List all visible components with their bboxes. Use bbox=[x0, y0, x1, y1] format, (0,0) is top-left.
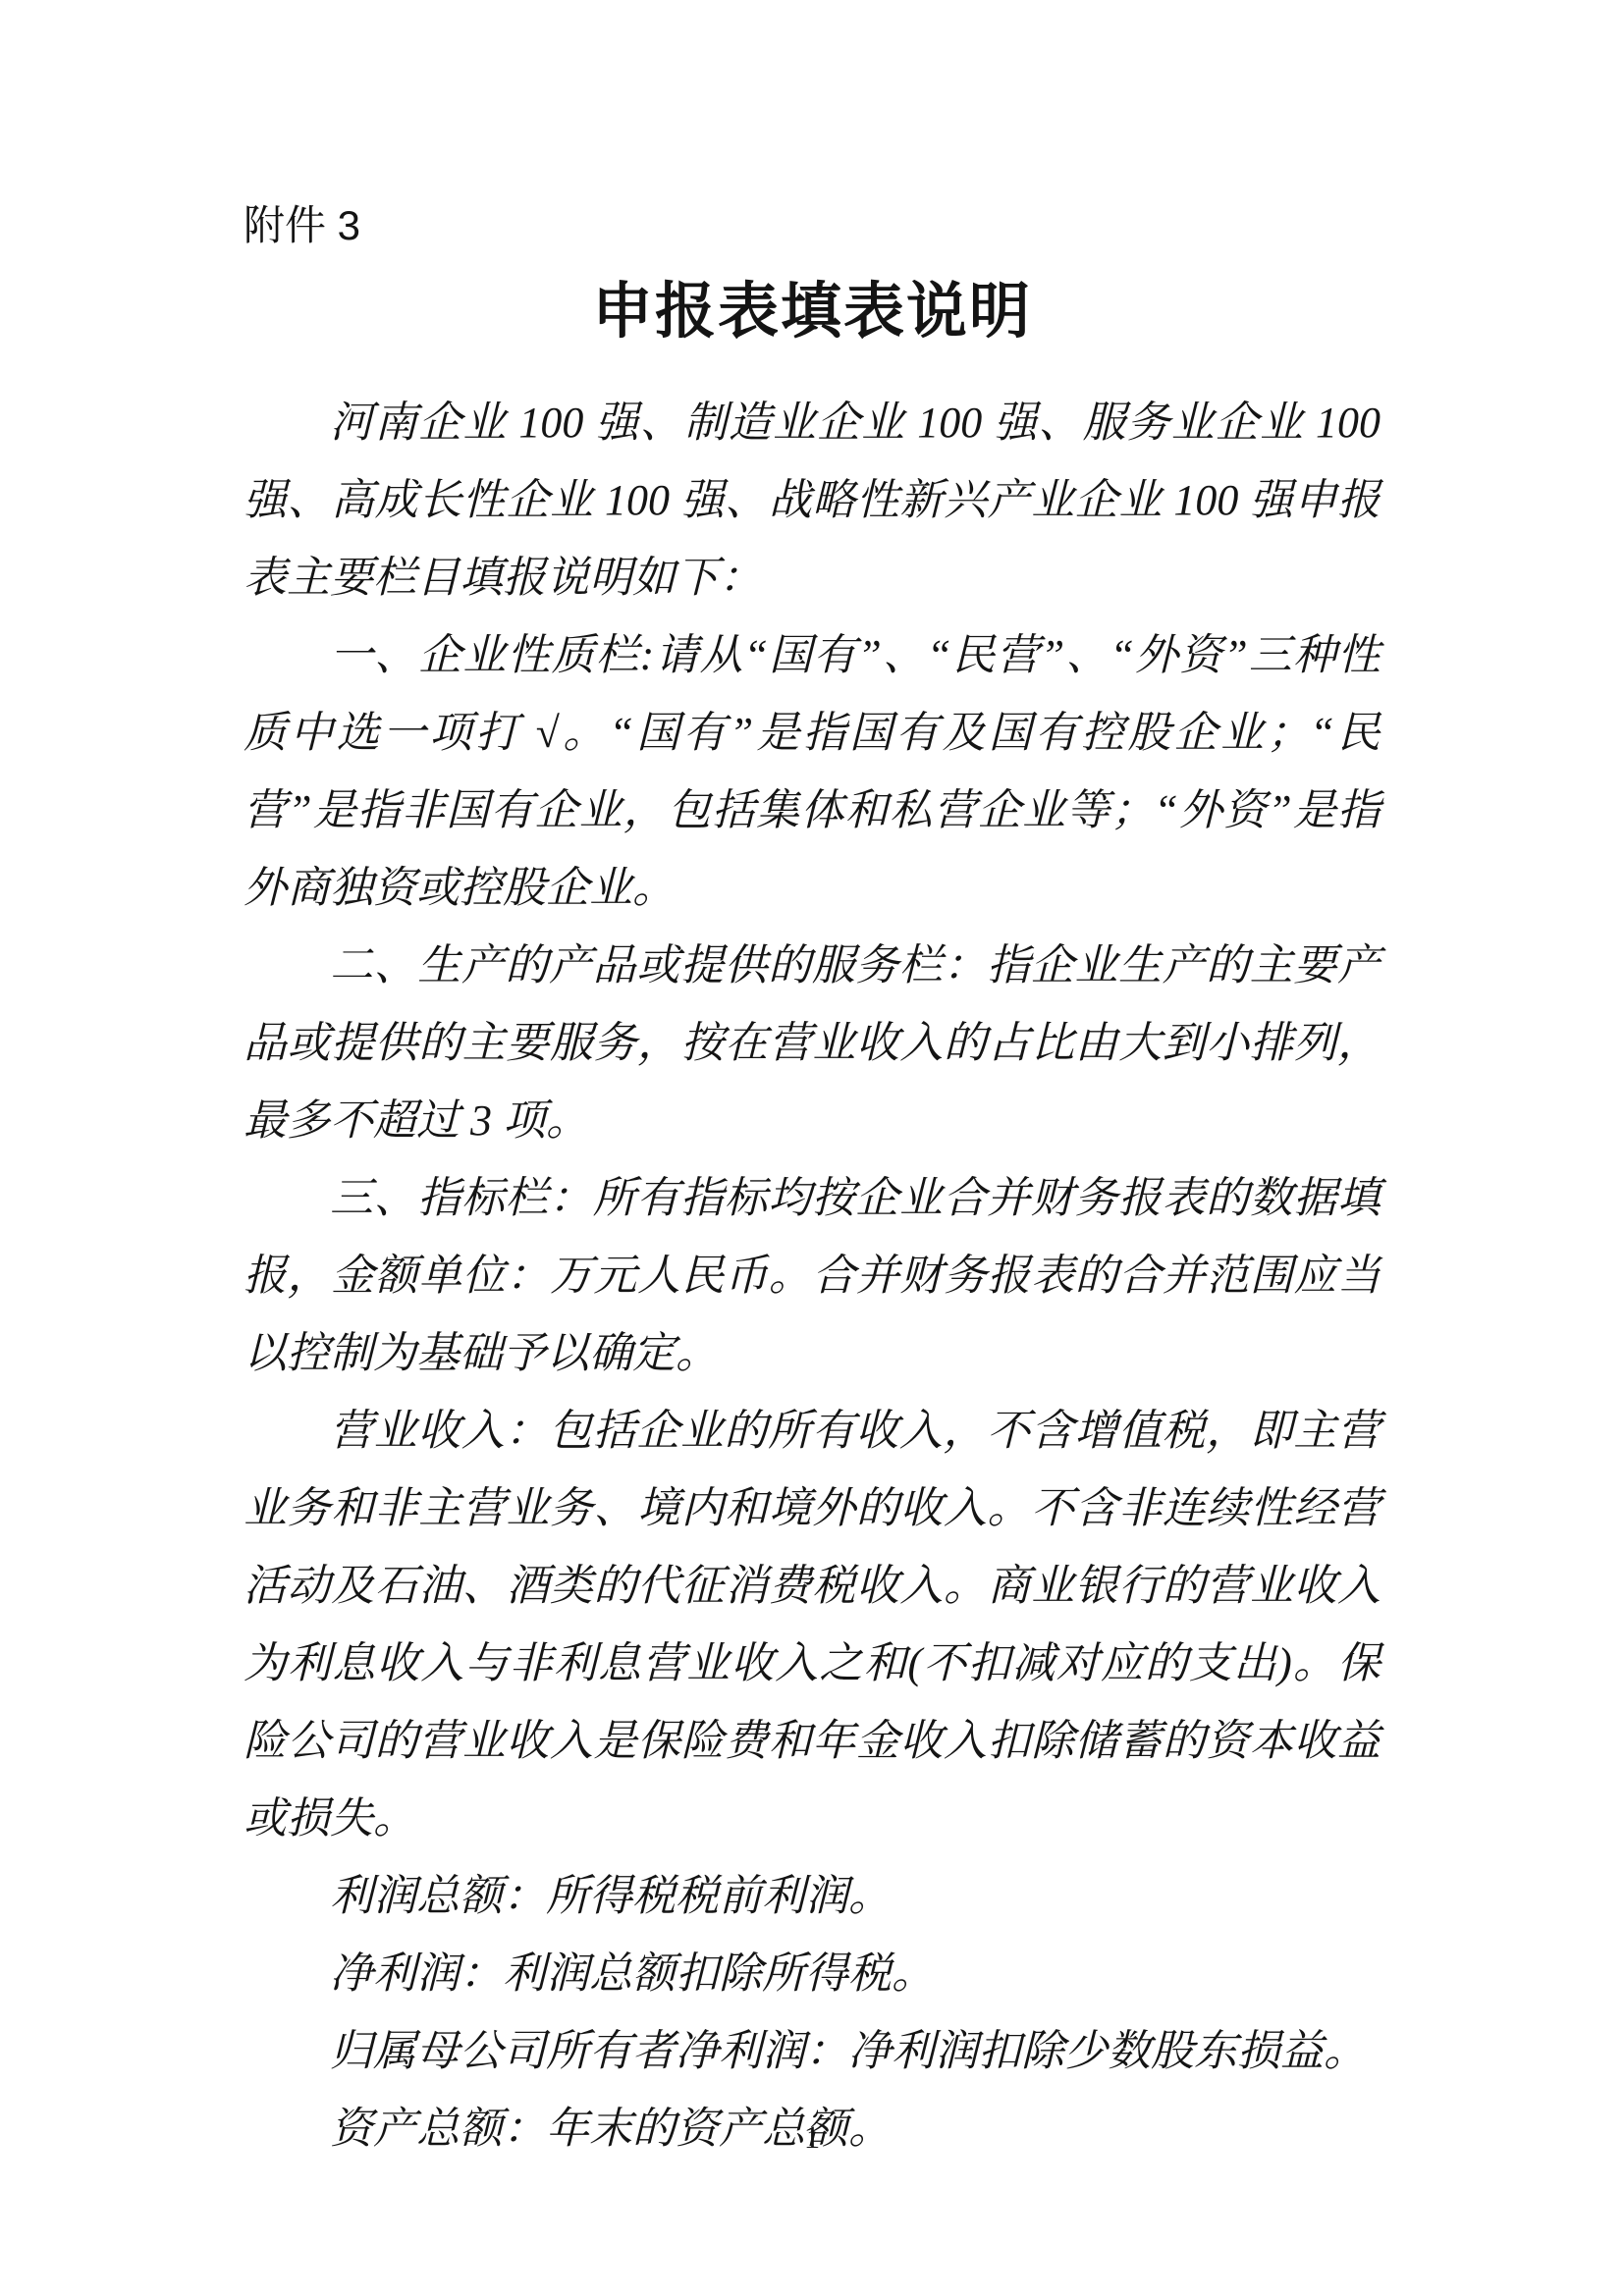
section-two-products-services-paragraph: 二、生产的产品或提供的服务栏：指企业生产的主要产品或提供的主要服务，按在营业收入… bbox=[244, 927, 1380, 1159]
document-body: 河南企业 100 强、制造业企业 100 强、服务业企业 100 强、高成长性企… bbox=[244, 384, 1380, 2167]
document-title: 申报表填表说明 bbox=[244, 280, 1380, 345]
page-number: 1 bbox=[0, 2118, 1624, 2158]
section-one-enterprise-nature-paragraph: 一、企业性质栏:请从“国有”、“民营”、“外资”三种性质中选一项打 √。“国有”… bbox=[244, 616, 1380, 927]
operating-revenue-definition-paragraph: 营业收入：包括企业的所有收入，不含增值税，即主营业务和非主营业务、境内和境外的收… bbox=[244, 1392, 1380, 1857]
net-profit-definition-paragraph: 净利润：利润总额扣除所得税。 bbox=[244, 1935, 1380, 2012]
total-profit-definition-paragraph: 利润总额：所得税税前利润。 bbox=[244, 1857, 1380, 1935]
section-three-indicators-paragraph: 三、指标栏：所有指标均按企业合并财务报表的数据填报，金额单位：万元人民币。合并财… bbox=[244, 1159, 1380, 1392]
attachment-label: 附件 3 bbox=[244, 201, 1380, 250]
page-content: 附件 3 申报表填表说明 河南企业 100 强、制造业企业 100 强、服务业企… bbox=[244, 0, 1380, 2167]
intro-paragraph: 河南企业 100 强、制造业企业 100 强、服务业企业 100 强、高成长性企… bbox=[244, 384, 1380, 616]
parent-owner-net-profit-definition-paragraph: 归属母公司所有者净利润：净利润扣除少数股东损益。 bbox=[244, 2012, 1380, 2090]
document-page: 附件 3 申报表填表说明 河南企业 100 强、制造业企业 100 强、服务业企… bbox=[0, 0, 1624, 2296]
